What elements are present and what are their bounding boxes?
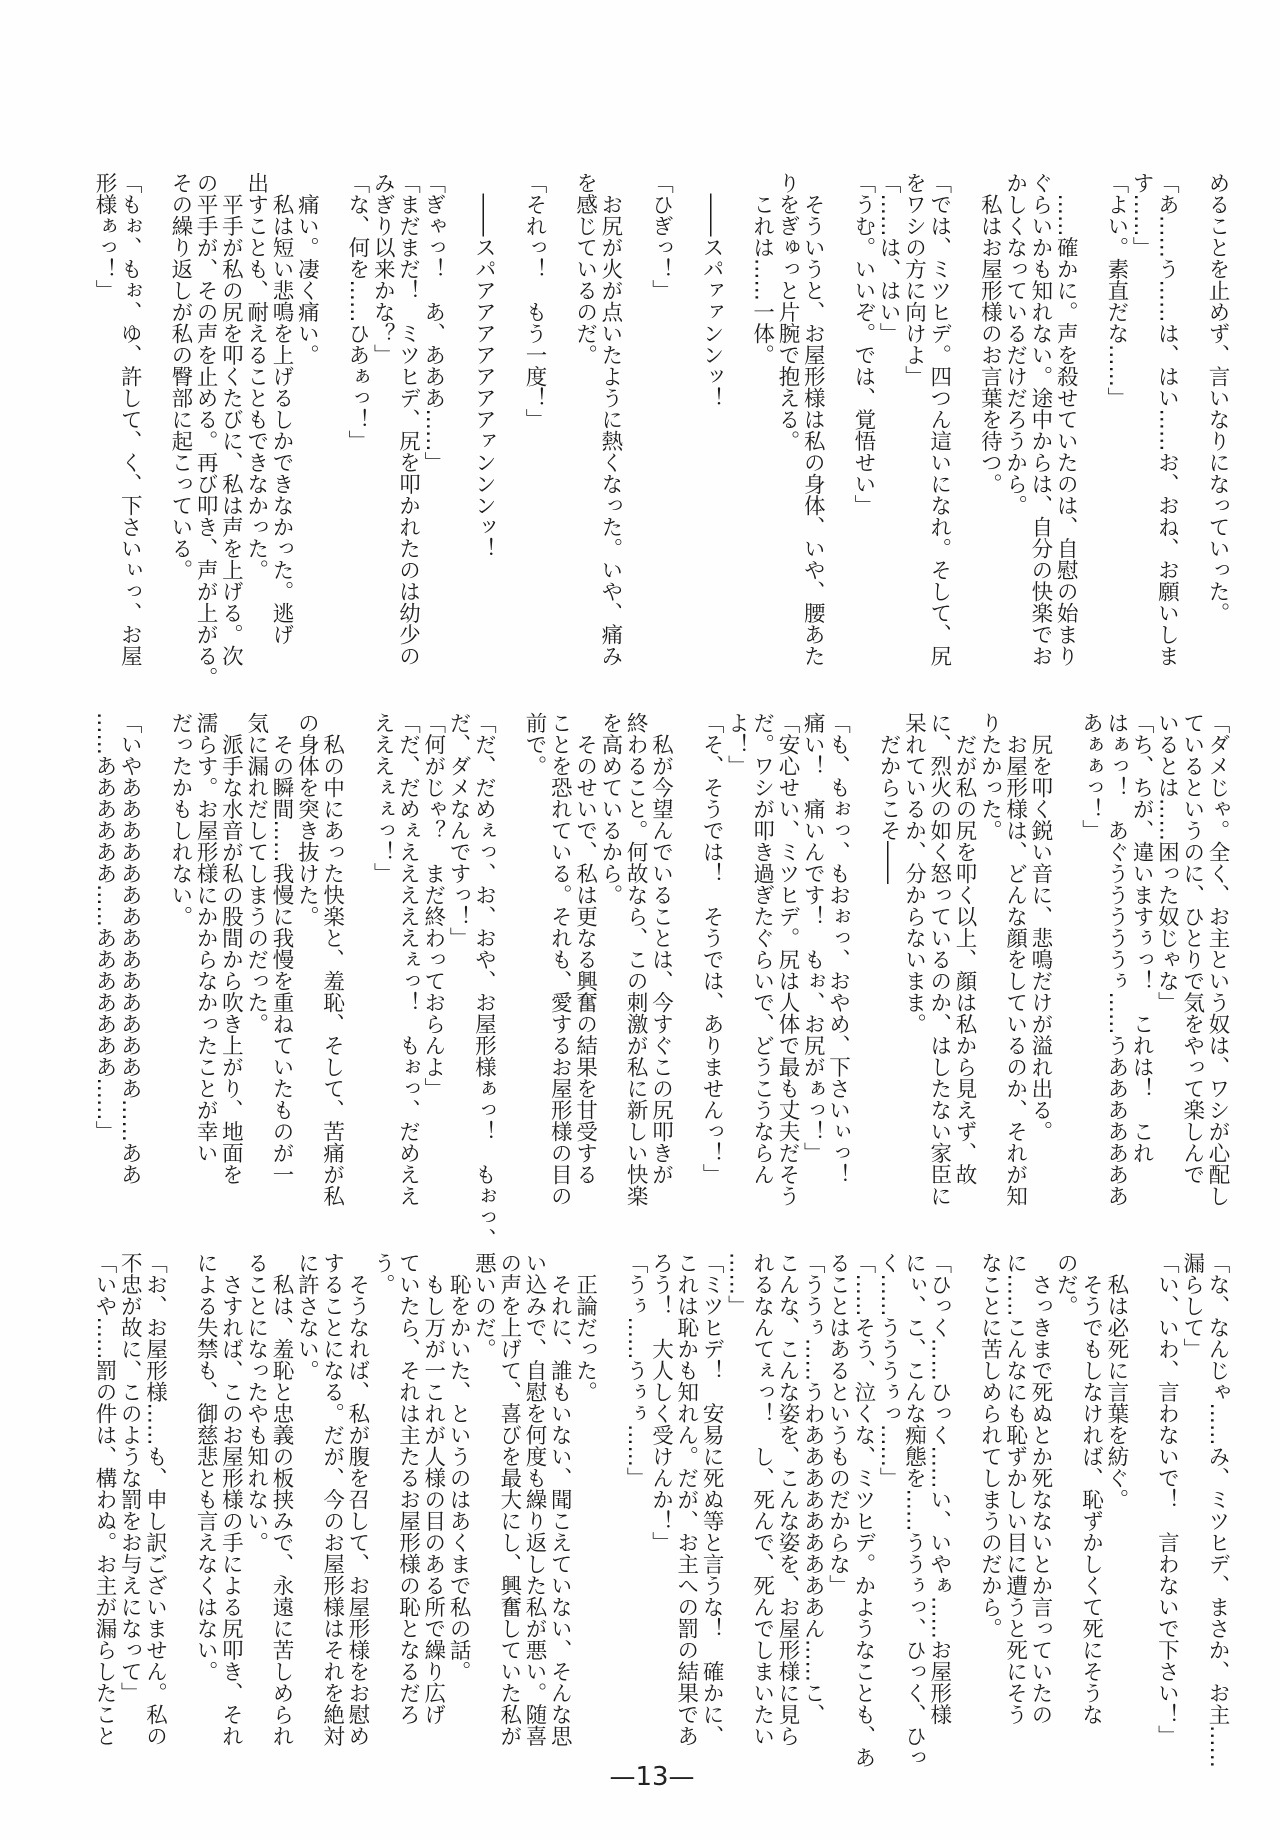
- text-column: 前で。: [522, 712, 547, 1208]
- text-column: [952, 172, 977, 668]
- text-column: 「ううぅ……うわあああああああああん……こ、: [800, 1252, 825, 1748]
- text-column: 「ぎゃっ！ あ、あああ……」: [421, 172, 446, 668]
- text-column: ――スパァァンンッ！: [699, 172, 724, 668]
- text-column: みぎり以来かな？」: [370, 172, 395, 668]
- text-column: [496, 712, 521, 1208]
- text-column: 「安心せい、ミツヒデ。尻は人体で最も丈夫だそう: [775, 712, 800, 1208]
- text-column: さっきまで死ぬとか死なないとか言っていたの: [1028, 1252, 1053, 1748]
- text-column: 「だ、だめぇっ、お、おや、お屋形様ぁっ！ もぉっ、: [471, 712, 496, 1208]
- text-column: 出すことも、耐えることもできなかった。: [243, 172, 268, 668]
- text-column: 「何がじゃ？ まだ終わっておらんよ」: [421, 712, 446, 1208]
- text-column: 「ひっく……ひっく……い、いやぁ……お屋形様: [926, 1252, 951, 1748]
- text-column: を高めているから。: [598, 712, 623, 1208]
- text-column: く……うううぅっ……」: [876, 1252, 901, 1748]
- text-column: 私はお屋形様のお言葉を待つ。: [977, 172, 1002, 668]
- text-column: だが私の尻を叩く以上、顔は私から見えず、故: [952, 712, 977, 1208]
- text-column: 形様ぁっ！」: [92, 172, 117, 668]
- text-column: 「いや……罰の件は、構わぬ。お主が漏らしたこと: [92, 1252, 117, 1748]
- text-column: [1053, 712, 1078, 1208]
- text-column: もし万が一これが人様の目のある所で繰り広げ: [421, 1252, 446, 1748]
- text-column: えええぇぇっ！」: [370, 712, 395, 1208]
- text-column: に、烈火の如く怒っているのか、はしたない家臣に: [926, 712, 951, 1208]
- text-column: めることを止めず、言いなりになっていった。: [1205, 172, 1230, 668]
- text-column: 「ひぎっ！」: [648, 172, 673, 668]
- text-column: ることはあるというものだからな」: [825, 1252, 850, 1748]
- text-block-bottom: 「な、なんじゃ……み、ミツヒデ、まさか、お主…… 漏らして」 「い、いわ、言わな…: [91, 1252, 1230, 1748]
- novel-page: めることを止めず、言いなりになっていった。 「あ……う……は、はい……お、おね、…: [0, 0, 1280, 1840]
- text-column: [319, 172, 344, 668]
- text-column: 「うむ。いいぞ。では、覚悟せい」: [851, 172, 876, 668]
- text-column: [547, 172, 572, 668]
- text-column: 「……そう、泣くな、ミツヒデ。かようなことも、あ: [851, 1252, 876, 1748]
- text-column: その瞬間……我慢に我慢を重ねていたものが一: [269, 712, 294, 1208]
- text-column: [724, 172, 749, 668]
- text-column: 「も、もぉっ、もおぉっ、おやめ、下さいぃっ！: [825, 712, 850, 1208]
- text-column: [168, 1252, 193, 1748]
- text-column: お屋形様は、どんな顔をしているのか、それが知: [1002, 712, 1027, 1208]
- text-column: さすれば、このお屋形様の手による尻叩き、それ: [218, 1252, 243, 1748]
- page-number: —13—: [12, 1762, 1280, 1792]
- text-column: 「もぉ、もぉ、ゆ、許して、く、下さいぃっ、お屋: [117, 172, 142, 668]
- text-column: 呆れているか、分からないまま。: [901, 712, 926, 1208]
- text-column: ているというのに、ひとりで気をやって楽しんで: [1179, 712, 1204, 1208]
- text-column: [345, 712, 370, 1208]
- text-column: 悪いのだ。: [471, 1252, 496, 1748]
- text-column: 尻を叩く鋭い音に、悲鳴だけが溢れ出る。: [1028, 712, 1053, 1208]
- text-column: [598, 1252, 623, 1748]
- text-column: そうでもしなければ、恥ずかしくて死にそうな: [1078, 1252, 1103, 1748]
- text-column: ……」: [724, 1252, 749, 1748]
- text-column: 私が今望んでいることは、今すぐこの尻叩きが: [648, 712, 673, 1208]
- text-column: のだ。: [1053, 1252, 1078, 1748]
- text-column: 「そ、そうでは！ そうでは、ありませんっ！」: [699, 712, 724, 1208]
- text-column: 私の中にあった快楽と、羞恥、そして、苦痛が私: [319, 712, 344, 1208]
- text-column: 「ち、ちが、違いますぅっ！ これは！ これ: [1129, 712, 1154, 1208]
- text-column: かしくなっているだけだろうから。: [1002, 172, 1027, 668]
- text-column: にぃ、こ、こんな痴態を……ううぅっ、ひっく、ひっ: [901, 1252, 926, 1748]
- text-column: れるなんてぇっ！ し、死んで、死んでしまいたい: [749, 1252, 774, 1748]
- text-column: [673, 712, 698, 1208]
- text-column: なことに苦しめられてしまうのだから。: [977, 1252, 1002, 1748]
- text-column: 漏らして」: [1179, 1252, 1204, 1748]
- text-column: 「あ……う……は、はい……お、おね、お願いしま: [1154, 172, 1179, 668]
- text-column: による失禁も、御慈悲とも言えなくはない。: [193, 1252, 218, 1748]
- text-column: を感じているのだ。: [572, 172, 597, 668]
- text-column: ……確かに。声を殺せていたのは、自慰の始まり: [1053, 172, 1078, 668]
- text-column: [825, 172, 850, 668]
- text-column: ぐらいかも知れない。途中からは、自分の快楽でお: [1028, 172, 1053, 668]
- text-column: [952, 1252, 977, 1748]
- text-column: ることになったやも知れない。: [243, 1252, 268, 1748]
- text-column: の平手が、その声を止める。再び叩き、声が上がる。: [193, 172, 218, 668]
- text-column: りたかった。: [977, 712, 1002, 1208]
- text-column: 不忠が故に、このような罰をお与えになって」: [117, 1252, 142, 1748]
- text-column: よ！」: [724, 712, 749, 1208]
- text-column: 「ダメじゃ。全く、お主という奴は、ワシが心配し: [1205, 712, 1230, 1208]
- text-column: 平手が私の尻を叩くたびに、私は声を上げる。次: [218, 172, 243, 668]
- text-column: に許さない。: [294, 1252, 319, 1748]
- text-column: お尻が火が点いたように熱くなった。いや、痛み: [598, 172, 623, 668]
- text-column: 気に漏れだしてしまうのだった。: [243, 712, 268, 1208]
- text-column: ことを恐れている。それも、愛するお屋形様の目の: [547, 712, 572, 1208]
- text-column: 派手な水音が私の股間から吹き上がり、地面を: [218, 712, 243, 1208]
- text-column: あぁぁっ！」: [1078, 712, 1103, 1208]
- text-column: だからこそ――: [876, 712, 901, 1208]
- text-column: 「だ、だめぇえええええぇっ！ もぉっ、だめええ: [395, 712, 420, 1208]
- text-column: だ、ダメなんですっ！」: [446, 712, 471, 1208]
- text-column: こんな、こんな姿を、こんな姿を、お屋形様に見ら: [775, 1252, 800, 1748]
- text-column: 「……は、はい」: [876, 172, 901, 668]
- text-column: することになる。だが、今のお屋形様はそれを絶対: [319, 1252, 344, 1748]
- text-column: 濡らす。お屋形様にかからなかったことが幸い: [193, 712, 218, 1208]
- text-column: そのせいで、私は更なる興奮の結果を甘受する: [572, 712, 597, 1208]
- text-column: [446, 172, 471, 668]
- text-column: をワシの方に向けよ」: [901, 172, 926, 668]
- text-column: [142, 172, 167, 668]
- text-column: 恥をかいた、というのはあくまで私の話。: [446, 1252, 471, 1748]
- text-column: 「お、お屋形様……も、申し訳ございません。私の: [142, 1252, 167, 1748]
- text-column: う。: [370, 1252, 395, 1748]
- text-column: だ。ワシが叩き過ぎたぐらいで、どうこうならん: [749, 712, 774, 1208]
- text-column: 痛い！ 痛いんです！ もぉ、お尻がぁっ！」: [800, 712, 825, 1208]
- text-column: [1129, 1252, 1154, 1748]
- text-column: [851, 712, 876, 1208]
- text-column: い込みで、自慰を何度も繰り返した私が悪い。随喜: [522, 1252, 547, 1748]
- text-column: これは……一体。: [749, 172, 774, 668]
- text-column: そういうと、お屋形様は私の身体、いや、腰あた: [800, 172, 825, 668]
- text-column: [1078, 172, 1103, 668]
- text-column: ていたら、それは主たるお屋形様の恥となるだろ: [395, 1252, 420, 1748]
- text-column: ろう！ 大人しく受けんか！」: [648, 1252, 673, 1748]
- text-column: 「ミツヒデ！ 安易に死ぬ等と言うな！ 確かに、: [699, 1252, 724, 1748]
- text-column: [496, 172, 521, 668]
- text-column: 「まだまだ！ ミツヒデ、尻を叩かれたのは幼少の: [395, 172, 420, 668]
- text-block-middle: 「ダメじゃ。全く、お主という奴は、ワシが心配し ているというのに、ひとりで気をや…: [91, 712, 1230, 1208]
- text-column: [623, 172, 648, 668]
- text-column: 「い、いわ、言わないで！ 言わないで下さい！」: [1154, 1252, 1179, 1748]
- text-column: 「では、ミツヒデ。四つん這いになれ。そして、尻: [926, 172, 951, 668]
- text-column: いるとは……困った奴じゃな」: [1154, 712, 1179, 1208]
- text-column: 正論だった。: [572, 1252, 597, 1748]
- text-column: [673, 172, 698, 668]
- text-column: 「よい。素直だな……」: [1104, 172, 1129, 668]
- text-column: [142, 712, 167, 1208]
- text-column: 「うぅ……うぅぅ……」: [623, 1252, 648, 1748]
- text-column: 「な、なんじゃ……み、ミツヒデ、まさか、お主……: [1205, 1252, 1230, 1748]
- text-column: りをぎゅっと片腕で抱える。: [775, 172, 800, 668]
- text-column: 私は、羞恥と忠義の板挟みで、永遠に苦しめられ: [269, 1252, 294, 1748]
- text-column: それに、誰もいない、聞こえていない、そんな思: [547, 1252, 572, 1748]
- text-column: はぁっ！ あぐうううううぅ……うあああああああ: [1104, 712, 1129, 1208]
- text-block-top: めることを止めず、言いなりになっていった。 「あ……う……は、はい……お、おね、…: [91, 172, 1230, 668]
- text-column: これは恥かも知れん。だが、お主への罰の結果であ: [673, 1252, 698, 1748]
- text-column: に……こんなにも恥ずかしい目に遭うと死にそう: [1002, 1252, 1027, 1748]
- text-column: 「いやあああああああああああああああ……ああ: [117, 712, 142, 1208]
- text-column: 「それっ！ もう一度！」: [522, 172, 547, 668]
- text-column: 「な、何を……ひあぁっ！」: [345, 172, 370, 668]
- text-column: す……」: [1129, 172, 1154, 668]
- text-column: その繰り返しが私の臀部に起こっている。: [168, 172, 193, 668]
- text-column: ……ああああああ……あああああああ……」: [92, 712, 117, 1208]
- text-column: [1179, 172, 1204, 668]
- text-column: だったかもしれない。: [168, 712, 193, 1208]
- text-column: 痛い。凄く痛い。: [294, 172, 319, 668]
- text-column: の声を上げて、喜びを最大にし、興奮していた私が: [496, 1252, 521, 1748]
- text-column: ――スパアアアアアアアァンンンッ！: [471, 172, 496, 668]
- text-column: 終わること。何故なら、この刺激が私に新しい快楽: [623, 712, 648, 1208]
- text-column: 私は必死に言葉を紡ぐ。: [1104, 1252, 1129, 1748]
- text-column: の身体を突き抜けた。: [294, 712, 319, 1208]
- text-column: 私は短い悲鳴を上げるしかできなかった。逃げ: [269, 172, 294, 668]
- text-column: そうなれば、私が腹を召して、お屋形様をお慰め: [345, 1252, 370, 1748]
